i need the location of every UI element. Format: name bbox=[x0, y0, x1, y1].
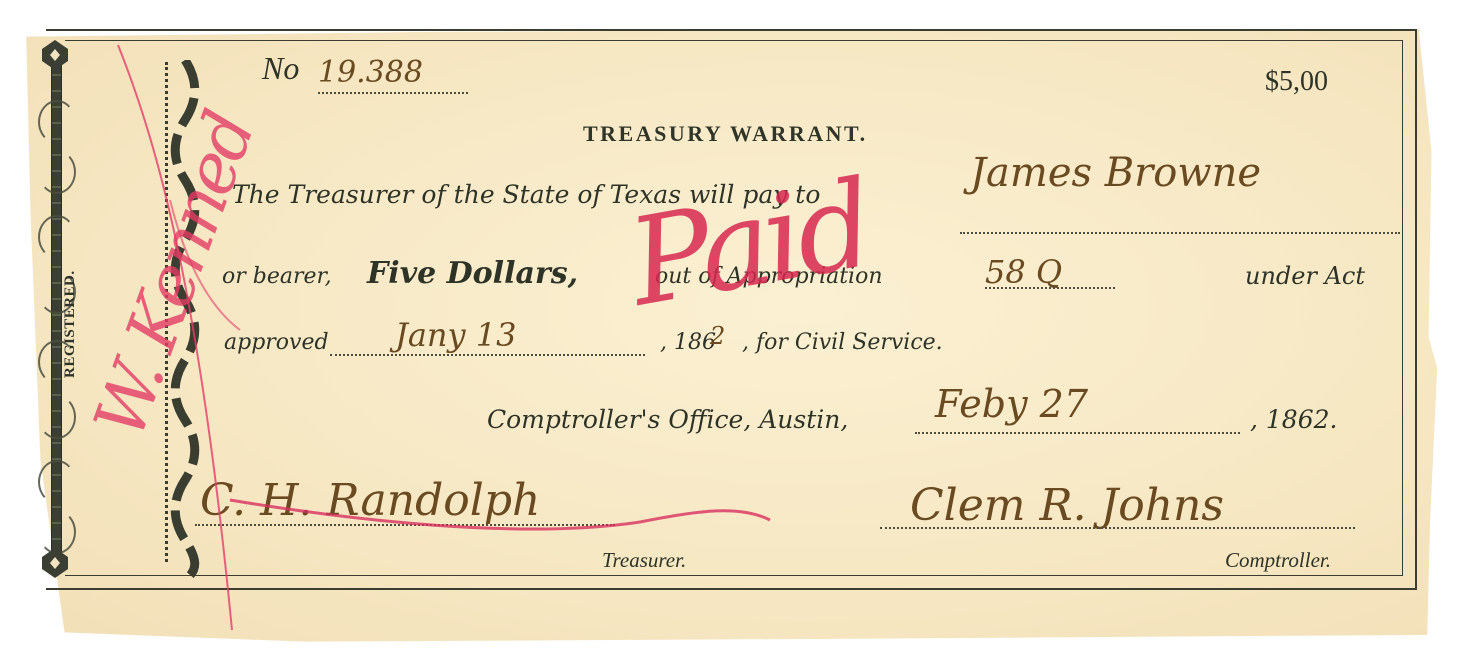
treasurer-signature-line bbox=[195, 524, 615, 526]
act-year-suffix: 2 bbox=[710, 322, 725, 350]
comptroller-label: Comptroller. bbox=[1225, 548, 1331, 573]
act-year-prefix: , 186 bbox=[660, 330, 716, 355]
ribbon-wave-icon bbox=[170, 60, 200, 580]
warrant-number-label: No bbox=[262, 50, 299, 87]
sum-in-words: Five Dollars, bbox=[367, 256, 578, 291]
treasurer-signature: C. H. Randolph bbox=[200, 475, 540, 526]
approved-text: approved bbox=[224, 330, 329, 355]
under-act-text: under Act bbox=[1245, 262, 1365, 290]
act-date: Jany 13 bbox=[395, 316, 516, 354]
appropriation-line bbox=[985, 287, 1115, 289]
warrant-amount: $5,00 bbox=[1265, 66, 1328, 98]
pay-to-text: The Treasurer of the State of Texas will… bbox=[232, 180, 820, 209]
comptroller-signature: Clem R. Johns bbox=[910, 480, 1224, 531]
scroll-ornament-icon bbox=[38, 150, 76, 194]
civil-service-text: , for Civil Service. bbox=[742, 330, 943, 355]
scroll-ornament-icon bbox=[38, 100, 76, 144]
treasurer-label: Treasurer. bbox=[602, 548, 686, 573]
issue-year: , 1862. bbox=[1250, 405, 1337, 434]
act-date-line bbox=[330, 354, 645, 356]
warrant-number: 19.388 bbox=[318, 55, 423, 90]
ribbon-border bbox=[170, 60, 200, 580]
registered-label: REGISTERED. bbox=[62, 270, 79, 378]
diamond-ornament-icon bbox=[42, 40, 68, 70]
number-line bbox=[318, 92, 468, 94]
payee-name: James Browne bbox=[970, 150, 1261, 196]
issuing-office: Comptroller's Office, Austin, bbox=[487, 405, 848, 434]
stub-perforation[interactable] bbox=[165, 62, 168, 562]
appropriation-value: 58 Q bbox=[985, 253, 1062, 291]
scroll-ornament-icon bbox=[38, 460, 76, 504]
issue-date: Feby 27 bbox=[935, 382, 1088, 426]
comptroller-signature-line bbox=[880, 527, 1355, 529]
issue-date-line bbox=[915, 432, 1240, 434]
bearer-text: or bearer, bbox=[222, 264, 332, 289]
document-title: TREASURY WARRANT. bbox=[583, 121, 868, 147]
scroll-ornament-icon bbox=[38, 395, 76, 439]
scroll-ornament-icon bbox=[38, 510, 76, 554]
payee-line bbox=[960, 232, 1400, 234]
appropriation-text: out of Appropriation bbox=[655, 264, 883, 289]
scroll-ornament-icon bbox=[38, 215, 76, 259]
diamond-ornament-icon bbox=[42, 548, 68, 578]
